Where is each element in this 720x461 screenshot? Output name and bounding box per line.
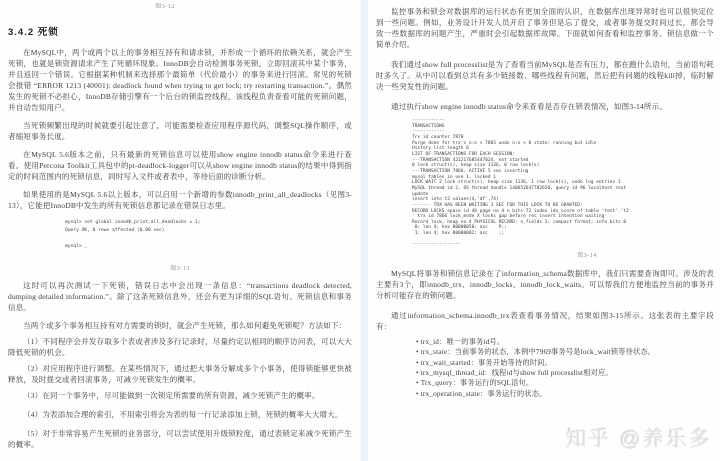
method-item-1: （1）不同程序会并发存取多个表或者涉及多行记录时，尽量约定以相同的顺序访问表，可…: [8, 336, 352, 358]
method-item-2: （2）对应用程序进行调整。在某些情况下，通过把大事务分解成多个小事务，使得锁能够…: [8, 363, 352, 385]
trx-fields-list: trx_id：唯一的事务id号。 trx_state：当前事务的状态，本例中79…: [416, 337, 714, 399]
zhihu-watermark: 知乎 @养乐多: [566, 423, 712, 453]
paragraph-mysql56-after: 如果使用的是MySQL 5.6以上版本，可以启用一个新增的参数innodb_pr…: [8, 189, 352, 211]
figure-caption-3-12: 图3-12: [0, 3, 337, 11]
page-gutter: [361, 0, 368, 461]
paragraph-information-schema: MySQL将事务和锁信息记录在了information_schema数据库中，我…: [376, 268, 714, 301]
list-item-trx-operation-state: trx_operation_state：事务运行的状态。: [416, 389, 714, 399]
paragraph-processlist: 我们通过show full processlist是为了查看当前MySQL是否有…: [376, 59, 714, 92]
page-left: 图3-12 3.4.2 死锁 在MySQL中，两个或两个以上的事务相互持有和请求…: [0, 0, 361, 461]
method-item-3: （3）在同一个事务中，尽可能做到一次锁定所需要的所有资源，减少死锁产生的概率。: [8, 390, 352, 401]
list-item-trx-query: Trx_query：事务运行的SQL语句。: [416, 378, 714, 388]
figure-caption-3-14: 图3-14: [418, 252, 720, 260]
paragraph-monitor-intro: 监控事务和锁会对数据库的运行状态有更加全面的认识，在数据库出现异常时也可以很快定…: [376, 6, 714, 50]
paragraph-deadlock-warning: 当死锁频繁出现的时候就要引起注意了，可能需要检查应用程序源代码，调整SQL操作顺…: [8, 120, 352, 142]
book-spread: 图3-12 3.4.2 死锁 在MySQL中，两个或两个以上的事务相互持有和请求…: [0, 0, 720, 461]
paragraph-mysql56-before: 在MySQL 5.6版本之前，只有最新的死锁信息可以使用show engine …: [8, 149, 352, 182]
section-heading: 3.4.2 死锁: [8, 24, 352, 38]
list-item-trx-id: trx_id：唯一的事务id号。: [416, 337, 714, 347]
method-item-5: （5）对于非常容易产生死锁的业务部分，可以尝试使用升级锁粒度，通过表锁定来减少死…: [8, 428, 352, 450]
page-right: 监控事务和锁会对数据库的运行状态有更加全面的认识，在数据库出现异常时也可以很快定…: [368, 0, 720, 461]
list-item-trx-state: trx_state：当前事务的状态，本例中7969事务号是lock_wait锁等…: [416, 347, 714, 357]
paragraph-deadlock-intro: 在MySQL中，两个或两个以上的事务相互持有和请求锁，并形成一个循环的依赖关系，…: [8, 47, 352, 113]
paragraph-deadlock-log: 这时可以再次测试一下死锁，错误日志中会出现一条信息：“transactions …: [8, 280, 352, 313]
paragraph-innodb-trx-table: 通过information_schema.innodb_trx表查看事务情况，结…: [376, 310, 714, 332]
method-item-4: （4）为表添加合理的索引，不用索引将会为表的每一行记录添加上锁，死锁的概率大大增…: [8, 409, 352, 420]
paragraph-avoid-deadlock: 当两个或多个事务相互持有对方需要的锁时，就会产生死锁，那么如何避免死锁呢？方法如…: [8, 320, 352, 331]
list-item-trx-wait-started: trx_wait_started：事务开始等待的时间。: [416, 358, 714, 368]
innodb-status-code-block: ------------ TRANSACTIONS ------------ T…: [412, 118, 714, 248]
figure-caption-3-13: 图3-13: [8, 265, 352, 273]
paragraph-engine-status: 通过执行show engine innodb status命令来查看是否存在锁表…: [376, 101, 714, 112]
list-item-trx-mysql-thread-id: trx_mysql_thread_id：线程id与show full proce…: [416, 368, 714, 378]
mysql-set-global-code-block: mysql> set global innodb_print_all_deadl…: [65, 219, 352, 251]
